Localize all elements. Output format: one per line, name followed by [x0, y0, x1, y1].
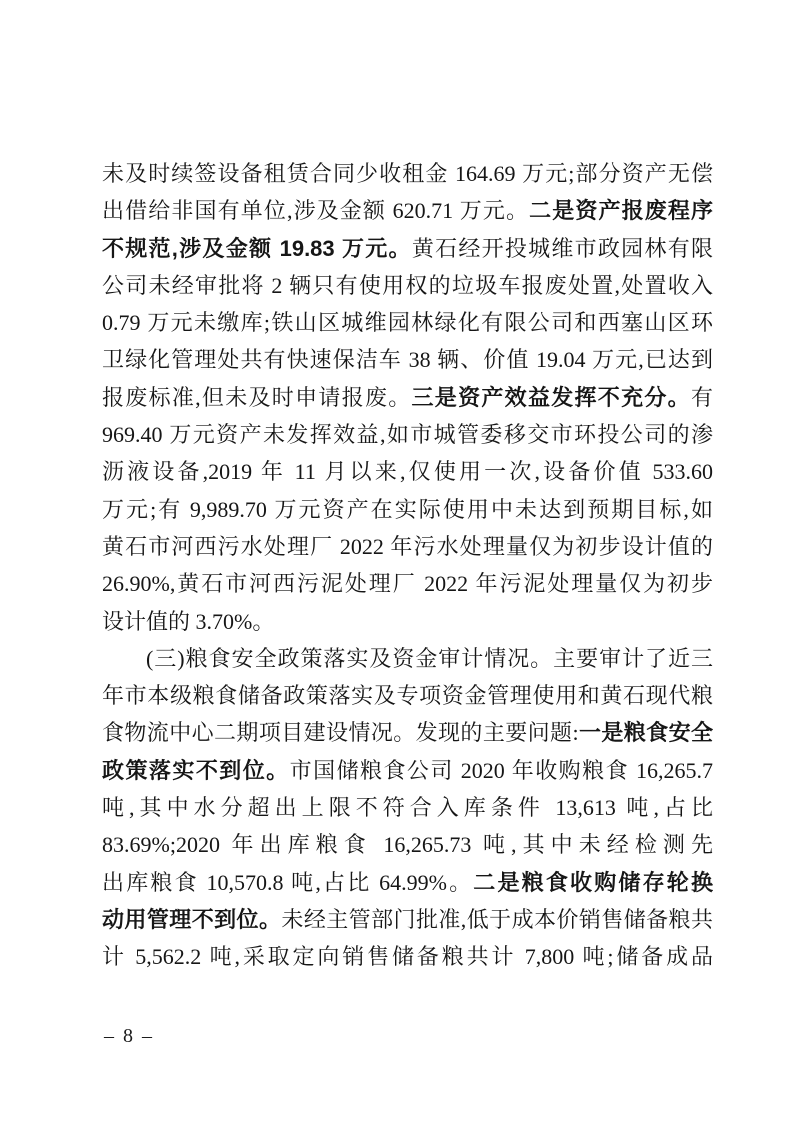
body-text: 食物流中心二期项目建设情况。发现的主要问题: — [102, 720, 579, 745]
text-line: 0.79 万元未缴库;铁山区城维园林绿化有限公司和西塞山区环 — [102, 304, 713, 341]
emphasis-text: 动用管理不到位。 — [102, 907, 281, 932]
emphasis-text: 政策落实不到位。 — [102, 758, 290, 783]
body-text: 市国储粮食公司 2020 年收购粮食 16,265.7 — [290, 758, 713, 783]
text-line: 沥液设备,2019 年 11 月以来,仅使用一次,设备价值 533.60 — [102, 453, 713, 490]
page-number: – 8 – — [104, 1025, 154, 1048]
body-text: 计 5,562.2 吨,采取定向销售储备粮共计 7,800 吨;储备成品 — [102, 944, 713, 969]
emphasis-text: 一是粮食安全 — [579, 720, 713, 745]
text-line: 卫绿化管理处共有快速保洁车 38 辆、价值 19.04 万元,已达到 — [102, 341, 713, 378]
text-line: 计 5,562.2 吨,采取定向销售储备粮共计 7,800 吨;储备成品 — [102, 938, 713, 975]
body-text: 未及时续签设备租赁合同少收租金 164.69 万元;部分资产无偿 — [102, 161, 713, 186]
text-line: 食物流中心二期项目建设情况。发现的主要问题:一是粮食安全 — [102, 714, 713, 751]
body-text: 黄石市河西污水处理厂 2022 年污水处理量仅为初步设计值的 — [102, 534, 713, 559]
body-text: 设计值的 3.70%。 — [102, 609, 274, 634]
document-page: 未及时续签设备租赁合同少收租金 164.69 万元;部分资产无偿出借给非国有单位… — [0, 0, 800, 1132]
body-text: 黄石经开投城维市政园林有限 — [412, 236, 713, 261]
text-line: 出库粮食 10,570.8 吨,占比 64.99%。二是粮食收购储存轮换 — [102, 864, 713, 901]
emphasis-text: 不规范,涉及金额 19.83 万元。 — [102, 236, 412, 261]
body-text: 0.79 万元未缴库;铁山区城维园林绿化有限公司和西塞山区环 — [102, 310, 713, 335]
text-line: 公司未经审批将 2 辆只有使用权的垃圾车报废处置,处置收入 — [102, 267, 713, 304]
body-text: (三)粮食安全政策落实及资金审计情况。主要审计了近三 — [146, 646, 713, 671]
body-text: 出借给非国有单位,涉及金额 620.71 万元。 — [102, 198, 529, 223]
text-line: 万元;有 9,989.70 万元资产在实际使用中未达到预期目标,如 — [102, 491, 713, 528]
text-line: 不规范,涉及金额 19.83 万元。黄石经开投城维市政园林有限 — [102, 230, 713, 267]
emphasis-text: 三是资产效益发挥不充分。 — [412, 385, 691, 410]
text-line: 动用管理不到位。未经主管部门批准,低于成本价销售储备粮共 — [102, 901, 713, 938]
body-text: 报废标准,但未及时申请报废。 — [102, 385, 412, 410]
body-text: 出库粮食 10,570.8 吨,占比 64.99%。 — [102, 870, 473, 895]
text-line: 政策落实不到位。市国储粮食公司 2020 年收购粮食 16,265.7 — [102, 752, 713, 789]
text-line: (三)粮食安全政策落实及资金审计情况。主要审计了近三 — [102, 640, 713, 677]
body-text: 吨,其中水分超出上限不符合入库条件 13,613 吨,占比 — [102, 795, 713, 820]
body-text: 沥液设备,2019 年 11 月以来,仅使用一次,设备价值 533.60 — [102, 459, 713, 484]
body-text: 公司未经审批将 2 辆只有使用权的垃圾车报废处置,处置收入 — [102, 273, 713, 298]
text-line: 未及时续签设备租赁合同少收租金 164.69 万元;部分资产无偿 — [102, 155, 713, 192]
text-line: 年市本级粮食储备政策落实及专项资金管理使用和黄石现代粮 — [102, 677, 713, 714]
text-line: 报废标准,但未及时申请报废。三是资产效益发挥不充分。有 — [102, 379, 713, 416]
body-text: 年市本级粮食储备政策落实及专项资金管理使用和黄石现代粮 — [102, 683, 713, 708]
body-text: 83.69%;2020 年出库粮食 16,265.73 吨,其中未经检测先 — [102, 832, 713, 857]
body-text: 卫绿化管理处共有快速保洁车 38 辆、价值 19.04 万元,已达到 — [102, 347, 713, 372]
body-text: 969.40 万元资产未发挥效益,如市城管委移交市环投公司的渗 — [102, 422, 713, 447]
text-line: 969.40 万元资产未发挥效益,如市城管委移交市环投公司的渗 — [102, 416, 713, 453]
body-text: 26.90%,黄石市河西污泥处理厂 2022 年污泥处理量仅为初步 — [102, 571, 713, 596]
text-line: 黄石市河西污水处理厂 2022 年污水处理量仅为初步设计值的 — [102, 528, 713, 565]
text-line: 出借给非国有单位,涉及金额 620.71 万元。二是资产报废程序 — [102, 192, 713, 229]
body-text: 有 — [691, 385, 713, 410]
text-line: 设计值的 3.70%。 — [102, 603, 713, 640]
emphasis-text: 二是资产报废程序 — [529, 198, 713, 223]
body-text: 未经主管部门批准,低于成本价销售储备粮共 — [281, 907, 713, 932]
text-block: 未及时续签设备租赁合同少收租金 164.69 万元;部分资产无偿出借给非国有单位… — [102, 155, 713, 976]
text-line: 26.90%,黄石市河西污泥处理厂 2022 年污泥处理量仅为初步 — [102, 565, 713, 602]
emphasis-text: 二是粮食收购储存轮换 — [473, 870, 713, 895]
text-line: 吨,其中水分超出上限不符合入库条件 13,613 吨,占比 — [102, 789, 713, 826]
body-text: 万元;有 9,989.70 万元资产在实际使用中未达到预期目标,如 — [102, 497, 713, 522]
text-line: 83.69%;2020 年出库粮食 16,265.73 吨,其中未经检测先 — [102, 826, 713, 863]
